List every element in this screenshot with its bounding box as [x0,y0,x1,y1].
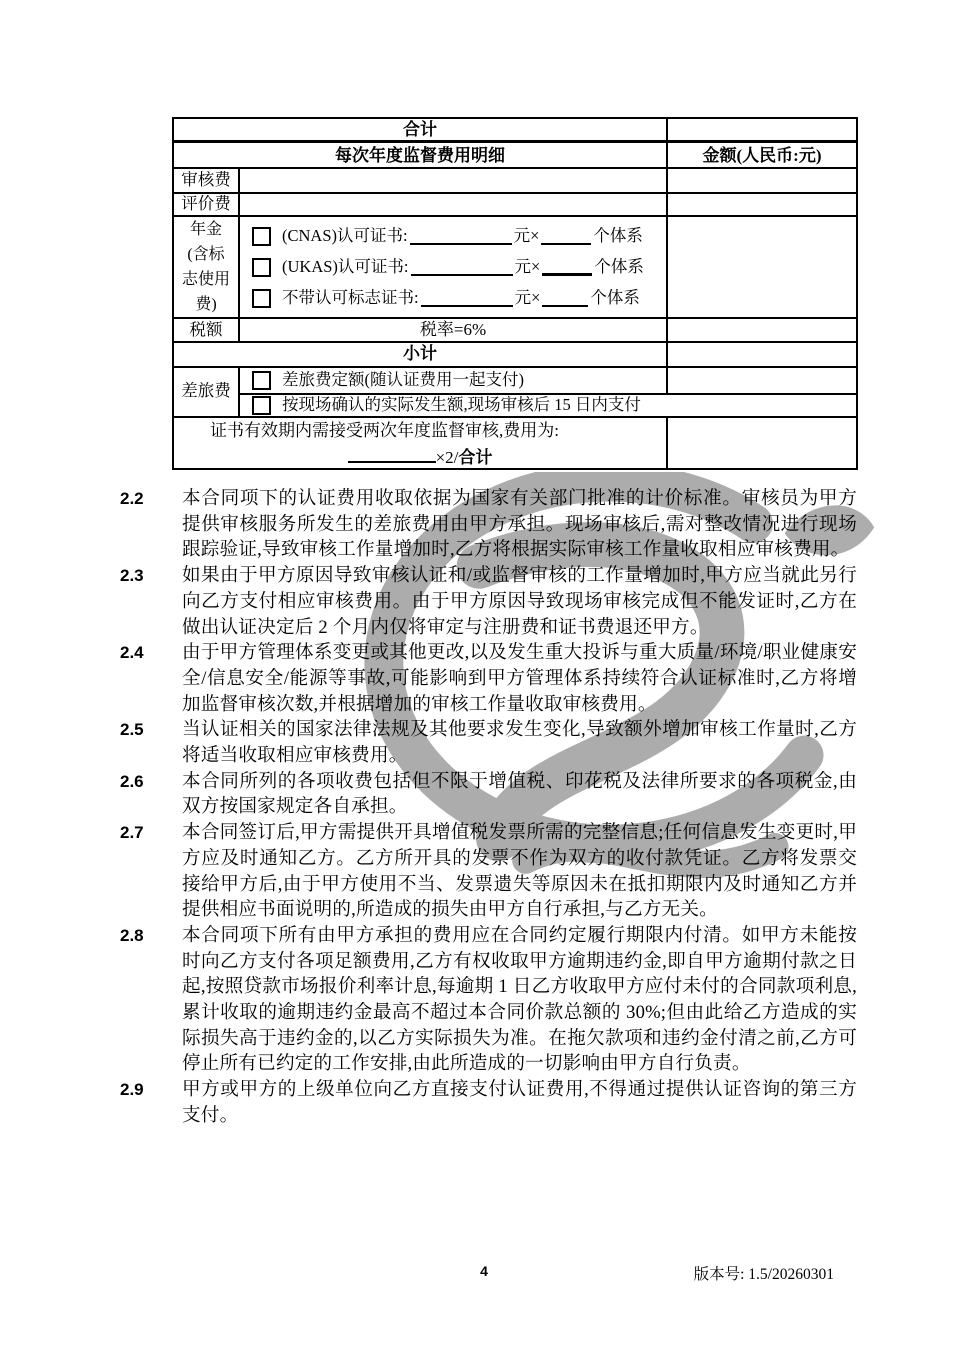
total-amount-cell [667,118,857,142]
travel-option1-cell: 差旅费定额(随认证费用一起支付) [239,367,667,394]
annuity-amount-cell [667,216,857,318]
clause-2-8: 2.8 本合同项下所有由甲方承担的费用应在合同约定履行期限内付清。如甲方未能按时… [120,923,857,1077]
travel-amount-cell [667,367,857,394]
times-two-label: ×2/ [436,448,459,467]
table-row-tax: 税额 税率=6% [173,318,857,341]
annuity-options-cell: (CNAS)认可证书:元×个体系 (UKAS)认可证书:元×个体系 不带认可标志… [239,216,667,318]
cnas-suffix-label: 个体系 [593,226,643,247]
fee-table: 合计 每次年度监督费用明细 金额(人民币:元) 审核费 评价费 年金 (含标 志… [172,117,858,470]
clause-2-7: 2.7 本合同签订后,甲方需提供开具增值税发票所需的完整信息;任何信息发生变更时… [120,820,857,923]
no-mark-amount-blank[interactable] [421,290,513,307]
ukas-option-label: (UKAS)认可证书: [282,257,409,278]
table-row-header: 每次年度监督费用明细 金额(人民币:元) [173,142,857,169]
subtotal-amount-cell [667,342,857,367]
tax-label: 税额 [173,318,239,341]
no-mark-option-label: 不带认可标志证书: [282,288,419,309]
audit-fee-label: 审核费 [173,168,239,193]
cnas-amount-blank[interactable] [410,228,512,245]
tax-rate-text: 税率=6% [239,318,667,341]
table-row-travel-option1: 差旅费 差旅费定额(随认证费用一起支付) [173,367,857,394]
clause-2-6: 2.6 本合同所列的各项收费包括但不限于增值税、印花税及法律所要求的各项税金,由… [120,769,857,820]
total-label: 合计 [173,118,667,142]
subtotal-label: 小计 [173,342,667,367]
ukas-unit-label: 元× [515,257,541,278]
clause-number: 2.8 [120,923,182,949]
clause-text: 本合同项下所有由甲方承担的费用应在合同约定履行期限内付清。如甲方未能按时向乙方支… [182,923,857,1077]
table-row-total: 合计 [173,118,857,142]
clause-number: 2.7 [120,820,182,846]
ukas-checkbox[interactable] [252,258,271,277]
evaluation-fee-amount-cell [667,193,857,216]
table-row-annuity: 年金 (含标 志使用 费) (CNAS)认可证书:元×个体系 (UKAS)认可证… [173,216,857,318]
travel-actual-checkbox[interactable] [252,396,271,415]
table-row-surveillance-note: 证书有效期内需接受两次年度监督审核,费用为: ×2/合计 [173,417,857,470]
clause-2-3: 2.3 如果由于甲方原因导致审核认证和/或监督审核的工作量增加时,甲方应当就此另… [120,563,857,640]
annuity-option-cnas: (CNAS)认可证书:元×个体系 [252,221,664,252]
clause-text: 本合同签订后,甲方需提供开具增值税发票所需的完整信息;任何信息发生变更时,甲方应… [182,820,857,923]
surveillance-amount-cell [667,417,857,470]
audit-fee-detail-cell [239,168,667,193]
travel-option-actual: 按现场确认的实际发生额,现场审核后 15 日内支付 [252,395,854,416]
ukas-count-blank[interactable] [542,258,592,276]
clause-number: 2.3 [120,563,182,589]
cnas-checkbox[interactable] [252,227,271,246]
document-page: 合计 每次年度监督费用明细 金额(人民币:元) 审核费 评价费 年金 (含标 志… [0,0,968,1369]
evaluation-fee-detail-cell [239,193,667,216]
ukas-suffix-label: 个体系 [594,257,644,278]
no-mark-suffix-label: 个体系 [590,288,640,309]
no-mark-checkbox[interactable] [252,289,271,308]
version-number: 版本号: 1.5/20260301 [694,1262,834,1284]
clause-list: 2.2 本合同项下的认证费用收取依据为国家有关部门批准的计价标准。审核员为甲方提… [120,486,857,1129]
clause-2-5: 2.5 当认证相关的国家法律法规及其他要求发生变化,导致额外增加审核工作量时,乙… [120,717,857,768]
cnas-unit-label: 元× [514,226,540,247]
clause-2-2: 2.2 本合同项下的认证费用收取依据为国家有关部门批准的计价标准。审核员为甲方提… [120,486,857,563]
clause-text: 甲方或甲方的上级单位向乙方直接支付认证费用,不得通过提供认证咨询的第三方支付。 [182,1077,857,1128]
no-mark-unit-label: 元× [515,288,541,309]
no-mark-count-blank[interactable] [542,290,588,307]
detail-header: 每次年度监督费用明细 [173,142,667,169]
ukas-amount-blank[interactable] [411,259,513,276]
surveillance-note-text: 证书有效期内需接受两次年度监督审核,费用为: [176,420,664,441]
travel-fixed-label: 差旅费定额(随认证费用一起支付) [282,370,524,391]
surveillance-note-formula: ×2/合计 [176,446,664,468]
clause-2-9: 2.9 甲方或甲方的上级单位向乙方直接支付认证费用,不得通过提供认证咨询的第三方… [120,1077,857,1128]
travel-fixed-checkbox[interactable] [252,371,271,390]
cnas-option-label: (CNAS)认可证书: [282,226,408,247]
clause-number: 2.4 [120,640,182,666]
travel-option-fixed: 差旅费定额(随认证费用一起支付) [252,370,664,391]
clause-number: 2.6 [120,769,182,795]
travel-actual-label: 按现场确认的实际发生额,现场审核后 15 日内支付 [282,395,641,416]
formula-total-label: 合计 [458,448,492,467]
clause-number: 2.5 [120,717,182,743]
table-row-audit-fee: 审核费 [173,168,857,193]
surveillance-note-cell: 证书有效期内需接受两次年度监督审核,费用为: ×2/合计 [173,417,667,470]
clause-text: 本合同所列的各项收费包括但不限于增值税、印花税及法律所要求的各项税金,由双方按国… [182,769,857,820]
clause-text: 本合同项下的认证费用收取依据为国家有关部门批准的计价标准。审核员为甲方提供审核服… [182,486,857,563]
clause-text: 如果由于甲方原因导致审核认证和/或监督审核的工作量增加时,甲方应当就此另行向乙方… [182,563,857,640]
amount-header: 金额(人民币:元) [667,142,857,169]
travel-option2-cell: 按现场确认的实际发生额,现场审核后 15 日内支付 [239,394,857,417]
annuity-option-no-mark: 不带认可标志证书:元×个体系 [252,283,664,314]
tax-amount-cell [667,318,857,341]
surveillance-fee-blank[interactable] [348,446,436,463]
audit-fee-amount-cell [667,168,857,193]
cnas-count-blank[interactable] [541,228,591,245]
annuity-label: 年金 (含标 志使用 费) [173,216,239,318]
clause-number: 2.2 [120,486,182,512]
annuity-option-ukas: (UKAS)认可证书:元×个体系 [252,252,664,283]
travel-fee-label: 差旅费 [173,367,239,417]
table-row-travel-option2: 按现场确认的实际发生额,现场审核后 15 日内支付 [173,394,857,417]
table-row-subtotal: 小计 [173,342,857,367]
evaluation-fee-label: 评价费 [173,193,239,216]
clause-text: 由于甲方管理体系变更或其他更改,以及发生重大投诉与重大质量/环境/职业健康安全/… [182,640,857,717]
clause-2-4: 2.4 由于甲方管理体系变更或其他更改,以及发生重大投诉与重大质量/环境/职业健… [120,640,857,717]
table-row-evaluation-fee: 评价费 [173,193,857,216]
clause-number: 2.9 [120,1077,182,1103]
clause-text: 当认证相关的国家法律法规及其他要求发生变化,导致额外增加审核工作量时,乙方将适当… [182,717,857,768]
